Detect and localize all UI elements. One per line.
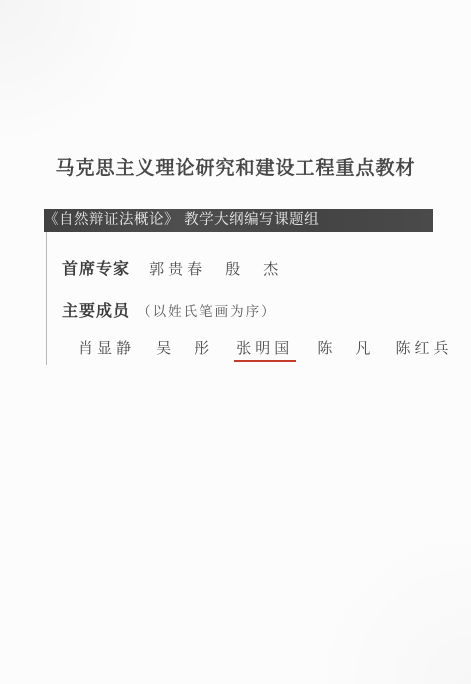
member-name: 吴 彤 — [156, 339, 213, 357]
scanned-page-background: 马克思主义理论研究和建设工程重点教材 《自然辩证法概论》 教学大纲编写课题组 首… — [0, 0, 471, 684]
document-title: 马克思主义理论研究和建设工程重点教材 — [0, 153, 471, 180]
chief-experts-row: 首席专家 郭贵春 殷 杰 — [62, 256, 282, 279]
chief-experts-label: 首席专家 — [62, 259, 130, 278]
chief-expert-name: 郭贵春 — [149, 260, 206, 278]
chief-expert-name: 殷 杰 — [225, 260, 282, 278]
member-name: 肖显静 — [78, 339, 135, 357]
member-name: 陈 凡 — [317, 339, 374, 357]
members-sort-note: （以姓氏笔画为序） — [137, 304, 277, 320]
member-name: 陈红兵 — [395, 339, 452, 357]
members-label: 主要成员 — [62, 301, 130, 320]
member-names-row: 肖显静 吴 彤 张明国 陈 凡 陈红兵 — [78, 337, 468, 358]
members-header-row: 主要成员 （以姓氏笔画为序） — [62, 298, 277, 321]
committee-banner: 《自然辩证法概论》 教学大纲编写课题组 — [44, 209, 433, 232]
committee-panel: 首席专家 郭贵春 殷 杰 主要成员 （以姓氏笔画为序） 肖显静 吴 彤 张明国 … — [46, 232, 434, 365]
member-name-highlighted: 张明国 — [234, 339, 296, 362]
